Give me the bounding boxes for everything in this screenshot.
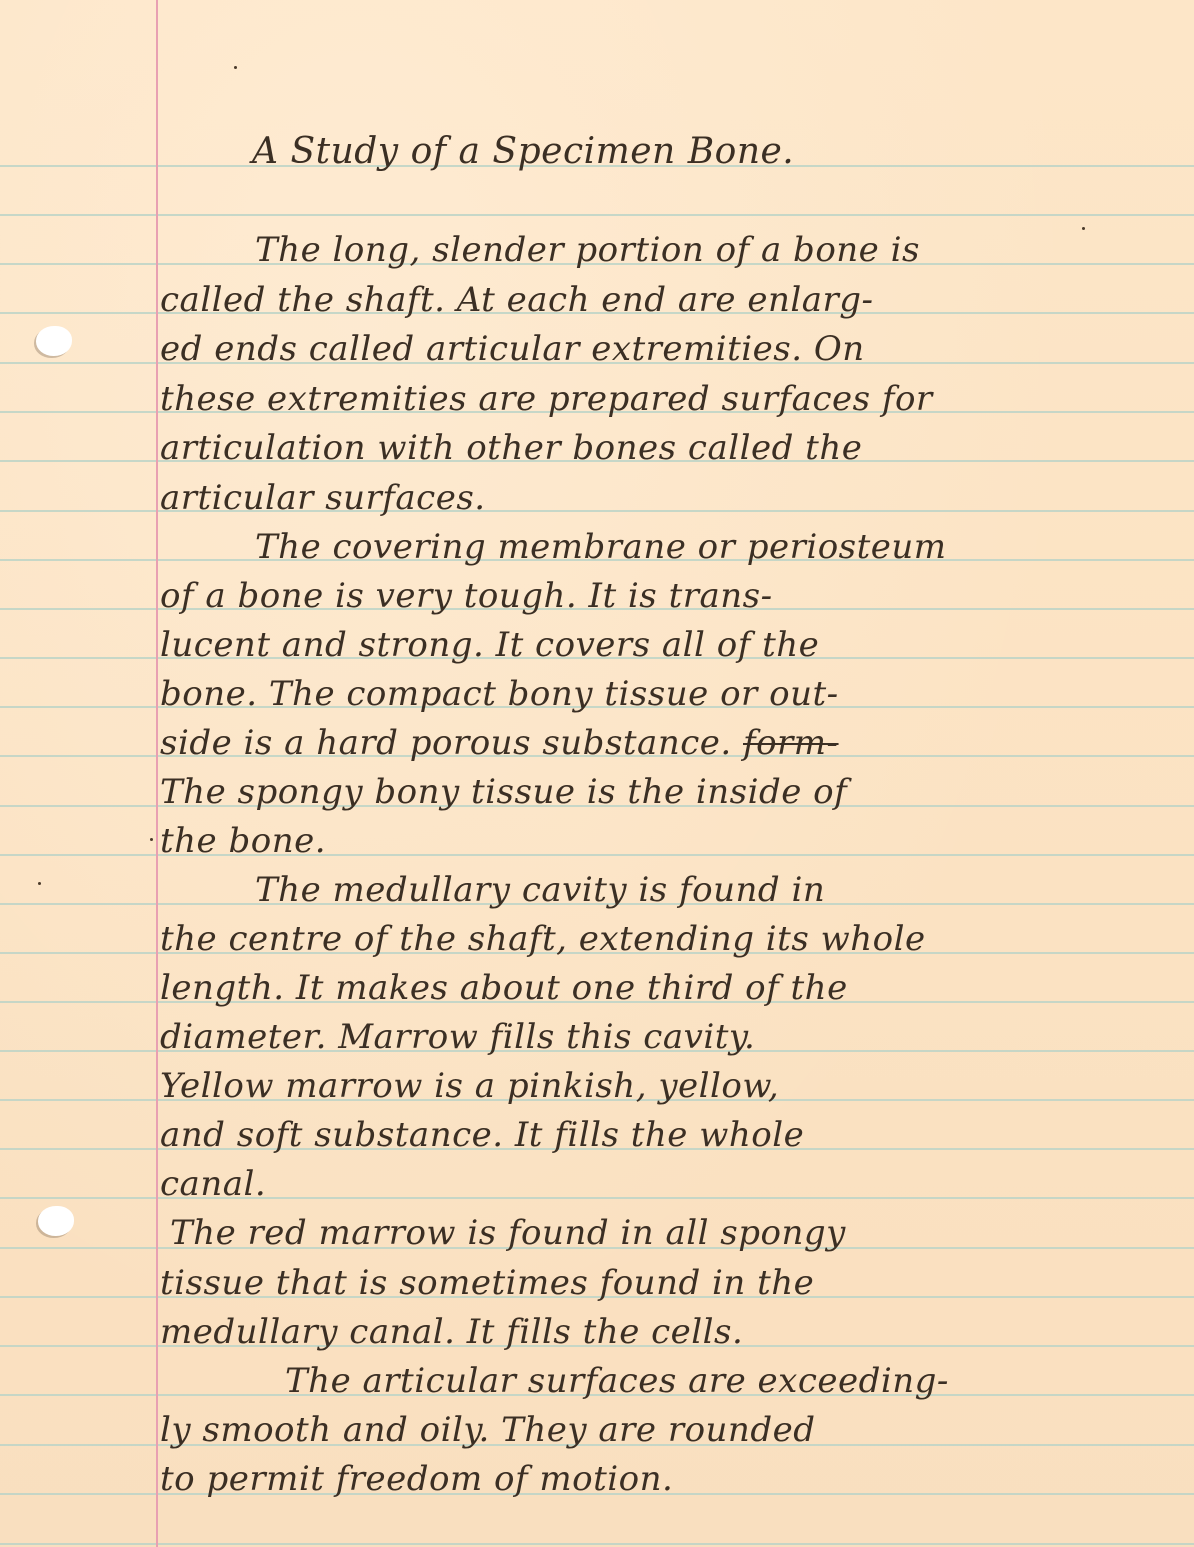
rule-line: [0, 214, 1194, 216]
text-line-13: the bone.: [160, 821, 326, 861]
page-title: A Study of a Specimen Bone.: [252, 132, 794, 172]
text-line-5: articulation with other bones called the: [160, 428, 862, 468]
text-line-14: The medullary cavity is found in: [255, 870, 825, 910]
text-line-17: diameter. Marrow fills this cavity.: [160, 1017, 755, 1057]
text-line-15: the centre of the shaft, extending its w…: [160, 919, 926, 959]
punch-hole-bottom: [38, 1206, 74, 1236]
ink-speck: [150, 838, 153, 841]
text-line-12: The spongy bony tissue is the inside of: [160, 772, 847, 812]
ink-speck: [1082, 227, 1085, 230]
text-line-2: called the shaft. At each end are enlarg…: [160, 280, 874, 320]
text-line-1: The long, slender portion of a bone is: [255, 230, 920, 270]
notebook-page: A Study of a Specimen Bone. The long, sl…: [0, 0, 1194, 1547]
text-line-3: ed ends called articular extremities. On: [160, 329, 865, 369]
text-line-9: lucent and strong. It covers all of the: [160, 625, 819, 665]
text-line-25: ly smooth and oily. They are rounded: [160, 1410, 815, 1450]
rule-line: [0, 1543, 1194, 1545]
margin-line: [156, 0, 158, 1547]
text-line-24: The articular surfaces are exceeding-: [285, 1361, 949, 1401]
ink-speck: [38, 882, 41, 885]
text-line-26: to permit freedom of motion.: [160, 1459, 673, 1499]
text-line-23: medullary canal. It fills the cells.: [160, 1312, 743, 1352]
text-line-8: of a bone is very tough. It is trans-: [160, 576, 773, 616]
text-line-20: canal.: [160, 1164, 266, 1204]
text-line-11: side is a hard porous substance. form-: [160, 723, 839, 763]
struck-word: form-: [743, 723, 839, 763]
text-line-16: length. It makes about one third of the: [160, 968, 848, 1008]
text-line-6: articular surfaces.: [160, 478, 486, 518]
text-line-7: The covering membrane or periosteum: [255, 527, 947, 567]
text-line-11-main: side is a hard porous substance.: [160, 723, 732, 763]
ink-speck: [234, 66, 237, 69]
text-line-21: The red marrow is found in all spongy: [170, 1213, 846, 1253]
punch-hole-top: [36, 326, 72, 356]
text-line-19: and soft substance. It fills the whole: [160, 1115, 804, 1155]
text-line-10: bone. The compact bony tissue or out-: [160, 674, 839, 714]
text-line-4: these extremities are prepared surfaces …: [160, 379, 933, 419]
text-line-18: Yellow marrow is a pinkish, yellow,: [160, 1066, 779, 1106]
text-line-22: tissue that is sometimes found in the: [160, 1263, 814, 1303]
